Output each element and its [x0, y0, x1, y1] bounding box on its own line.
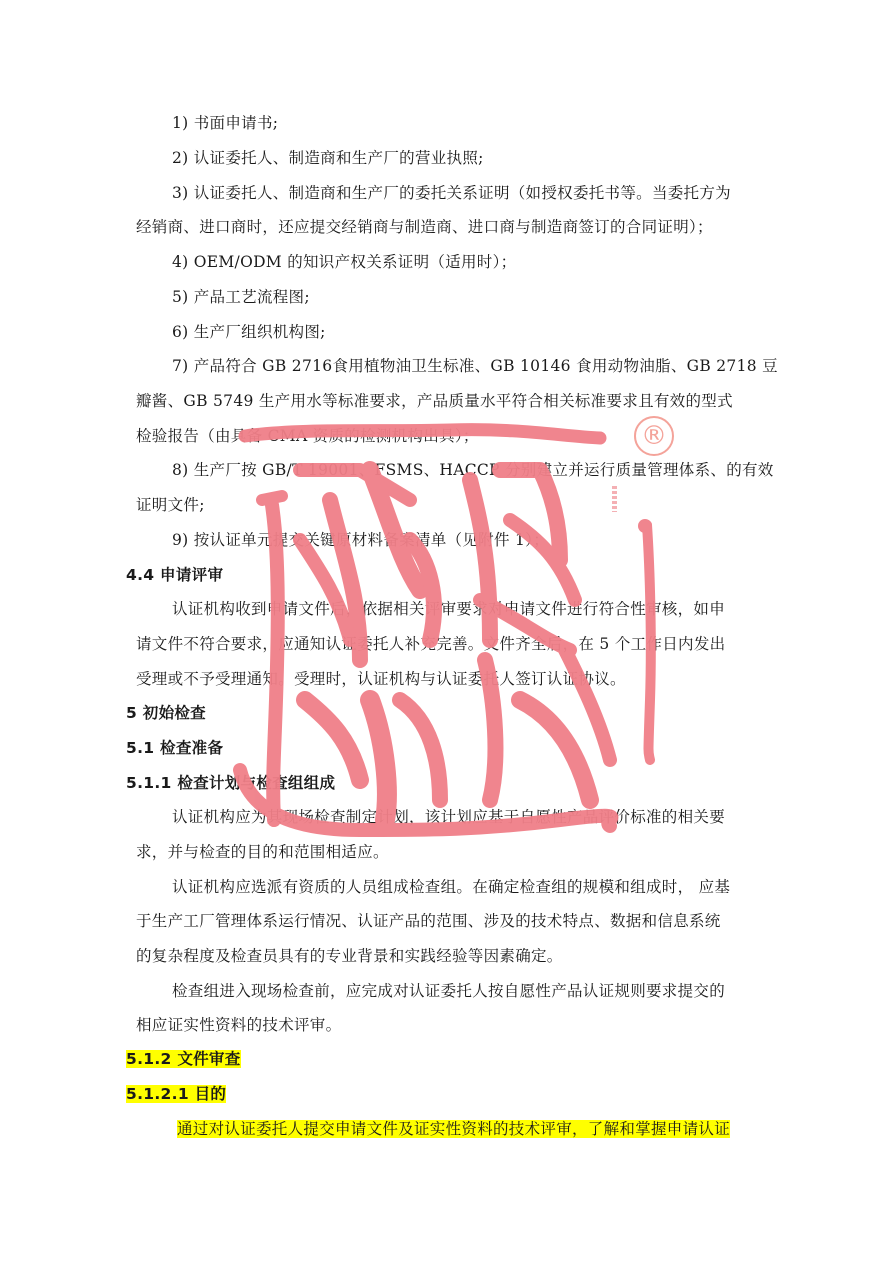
heading-5-1-1: 5.1.1 检查计划与检查组组成 [126, 771, 335, 795]
para-4-4-line-3: 受理或不予受理通知。受理时，认证机构与认证委托人签订认证协议。 [136, 667, 626, 691]
list-item-7: 7) 产品符合 GB 2716食用植物油卫生标准、GB 10146 食用动物油脂… [172, 354, 778, 378]
list-item-9: 9) 按认证单元提交关键原材料备案清单（见附件 1）； [172, 528, 549, 552]
list-item-2: 2) 认证委托人、制造商和生产厂的营业执照; [172, 146, 484, 170]
list-item-8-cont: 证明文件; [136, 493, 205, 517]
list-item-5: 5) 产品工艺流程图; [172, 285, 310, 309]
para-5-1-1-c-line-1: 检查组进入现场检查前，应完成对认证委托人按自愿性产品认证规则要求提交的 [172, 979, 725, 1003]
seal-stamp-icon [612, 486, 617, 512]
para-5-1-1-b-line-1: 认证机构应选派有资质的人员组成检查组。在确定检查组的规模和组成时， 应基 [172, 875, 730, 899]
list-item-3-cont: 经销商、进口商时，还应提交经销商与制造商、进口商与制造商签订的合同证明）； [136, 215, 713, 239]
para-5-1-1-b-line-2: 于生产工厂管理体系运行情况、认证产品的范围、涉及的技术特点、数据和信息系统 [136, 909, 721, 933]
list-item-1: 1) 书面申请书; [172, 111, 278, 135]
para-4-4-line-2: 请文件不符合要求，应通知认证委托人补充完善。文件齐全后，在 5 个工作日内发出 [136, 632, 725, 656]
list-item-7-cont: 瓣酱、GB 5749 生产用水等标准要求，产品质量水平符合相关标准要求且有效的型… [136, 389, 733, 413]
list-item-6: 6) 生产厂组织机构图; [172, 320, 326, 344]
para-5-1-2-1-line-1: 通过对认证委托人提交申请文件及证实性资料的技术评审，了解和掌握申请认证 [177, 1117, 730, 1141]
heading-5: 5 初始检查 [126, 701, 206, 725]
list-item-7-cont2: 检验报告（由具备 CMA 资质的检测机构出具）； [136, 424, 479, 448]
list-item-8: 8) 生产厂按 GB/T 19001、FSMS、HACCP 分别建立并运行质量管… [172, 458, 774, 482]
heading-5-1-2-1: 5.1.2.1 目的 [126, 1082, 226, 1106]
para-5-1-1-c-line-2: 相应证实性资料的技术评审。 [136, 1013, 341, 1037]
document-text: 1) 书面申请书; 2) 认证委托人、制造商和生产厂的营业执照; 3) 认证委托… [0, 0, 893, 1263]
heading-5-1: 5.1 检查准备 [126, 736, 223, 760]
heading-4-4: 4.4 申请评审 [126, 563, 223, 587]
para-5-1-1-b-line-3: 的复杂程度及检查员具有的专业背景和实践经验等因素确定。 [136, 944, 563, 968]
para-5-1-1-a-line-2: 求，并与检查的目的和范围相适应。 [136, 840, 389, 864]
document-page: 1) 书面申请书; 2) 认证委托人、制造商和生产厂的营业执照; 3) 认证委托… [0, 0, 893, 1263]
registered-trademark-icon: ® [634, 416, 674, 456]
para-5-1-1-a-line-1: 认证机构应为其现场检查制定计划，该计划应基于自愿性产品评价标准的相关要 [172, 805, 725, 829]
heading-5-1-2: 5.1.2 文件审查 [126, 1047, 241, 1071]
list-item-3: 3) 认证委托人、制造商和生产厂的委托关系证明（如授权委托书等。当委托方为 [172, 181, 769, 205]
list-item-4: 4) OEM/ODM 的知识产权关系证明（适用时）； [172, 250, 516, 274]
para-4-4-line-1: 认证机构收到申请文件后，依据相关评审要求对申请文件进行符合性审核，如申 [172, 597, 725, 621]
